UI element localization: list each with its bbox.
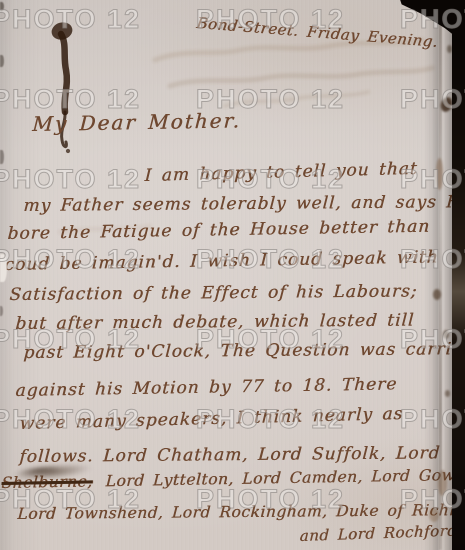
edge-mark [433,289,441,300]
handwritten-line: follows. Lord Chatham, Lord Suffolk, Lor… [19,443,441,467]
manuscript-letter-photo: Bond-Street. Friday Evening. My Dear Mot… [0,0,465,550]
book-binding [452,0,465,550]
edge-notch [0,55,4,67]
edge-stain [436,158,443,190]
edge-stain [443,330,449,339]
handwritten-line: past Eight o'Clock, The Question was car… [23,339,465,363]
paper-chip [0,254,7,282]
handwritten-line: my Father seems tolerably well, and says… [23,192,465,216]
edge-stain [438,470,447,496]
edge-notch [0,306,3,316]
edge-notch [0,2,4,11]
struck-out-word: Shelburne, [1,472,93,492]
salutation: My Dear Mother. [32,108,242,136]
edge-notch [0,150,4,164]
edge-stain [445,390,450,397]
ink-blot [46,20,86,160]
handwritten-line: Lord Townshend, Lord Rockingham, Duke of… [17,501,465,523]
handwritten-line: but after much debate, which lasted till [15,311,415,334]
handwritten-line: Satisfaction of the Effect of his Labour… [9,281,418,305]
edge-stain [429,508,439,522]
page-crease [439,0,442,550]
